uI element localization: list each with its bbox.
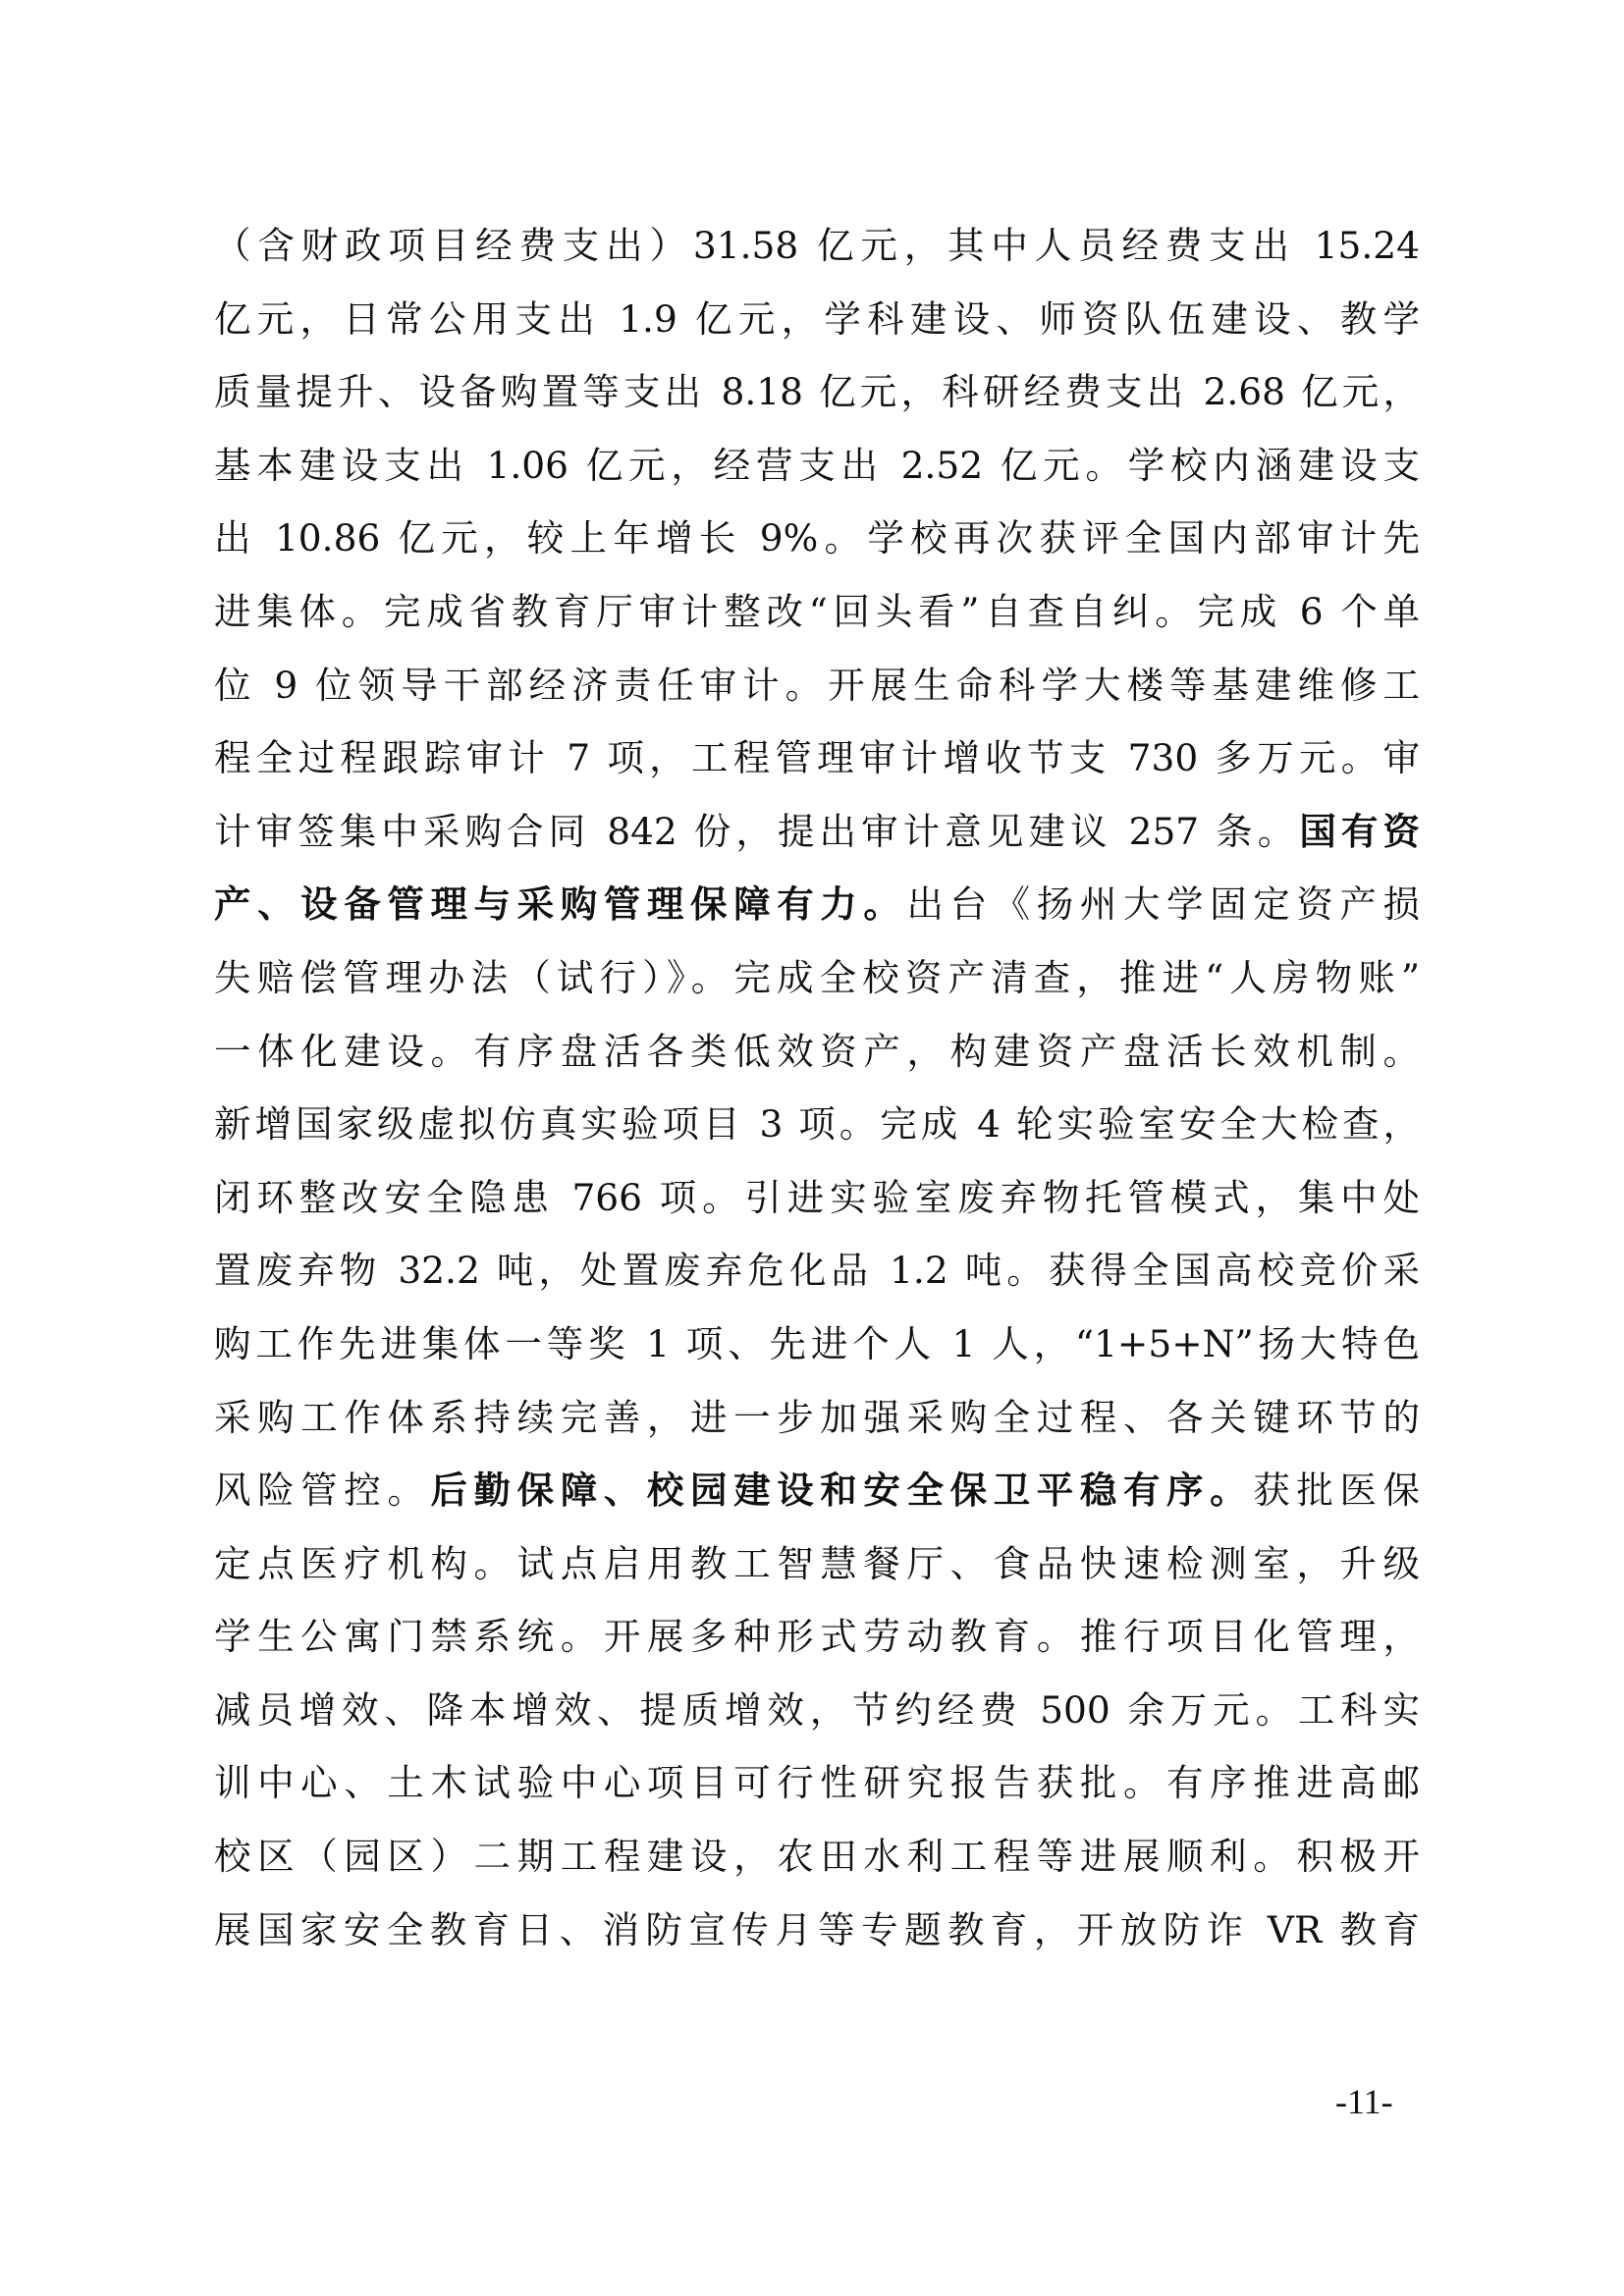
paragraph-text: 获批医保 [1253,1468,1420,1512]
text-line: 减员增效、降本增效、提质增效，节约经费 500 余万元。工科实 [214,1674,1420,1747]
paragraph-text: （含财政项目经费支出）31.58 亿元，其中人员经费支出 15.24 [214,224,1420,267]
paragraph-text: 风险管控。 [214,1468,430,1512]
document-page: （含财政项目经费支出）31.58 亿元，其中人员经费支出 15.24亿元，日常公… [0,0,1624,2296]
paragraph-text: 亿元，日常公用支出 1.9 亿元，学科建设、师资队伍建设、教学 [214,297,1420,341]
text-line: 失赔偿管理办法（试行）》。完成全校资产清查，推进“人房物账” [214,941,1420,1015]
text-line: 学生公寓门禁系统。开展多种形式劳动教育。推行项目化管理， [214,1600,1420,1674]
paragraph-text: 基本建设支出 1.06 亿元，经营支出 2.52 亿元。学校内涵建设支 [214,444,1420,487]
paragraph-text: 采购工作体系持续完善，进一步加强采购全过程、各关键环节的 [214,1396,1420,1439]
text-line: 置废弃物 32.2 吨，处置废弃危化品 1.2 吨。获得全国高校竞价采 [214,1234,1420,1308]
paragraph-text: 校区（园区）二期工程建设，农田水利工程等进展顺利。积极开 [214,1835,1420,1878]
text-line: 定点医疗机构。试点启用教工智慧餐厅、食品快速检测室，升级 [214,1527,1420,1601]
paragraph-text: 计审签集中采购合同 842 份，提出审计意见建议 257 条。 [214,810,1299,853]
text-line: 产、设备管理与采购管理保障有力。出台《扬州大学固定资产损 [214,868,1420,941]
paragraph-text: 出 10.86 亿元，较上年增长 9%。学校再次获评全国内部审计先 [214,516,1420,560]
text-line: 位 9 位领导干部经济责任审计。开展生命科学大楼等基建维修工 [214,649,1420,722]
paragraph-text: 质量提升、设备购置等支出 8.18 亿元，科研经费支出 2.68 亿元， [214,370,1420,413]
paragraph-text: 购工作先进集体一等奖 1 项、先进个人 1 人，“1+5+N”扬大特色 [214,1322,1420,1365]
paragraph-text: 程全过程跟踪审计 7 项，工程管理审计增收节支 730 多万元。审 [214,736,1420,779]
paragraph-text: 置废弃物 32.2 吨，处置废弃危化品 1.2 吨。获得全国高校竞价采 [214,1249,1420,1292]
text-line: 闭环整改安全隐患 766 项。引进实验室废弃物托管模式，集中处 [214,1161,1420,1235]
paragraph-text: 减员增效、降本增效、提质增效，节约经费 500 余万元。工科实 [214,1688,1420,1732]
text-line: 基本建设支出 1.06 亿元，经营支出 2.52 亿元。学校内涵建设支 [214,429,1420,503]
paragraph-text: 展国家安全教育日、消防宣传月等专题教育，开放防诈 VR 教育 [214,1908,1420,1951]
text-line: （含财政项目经费支出）31.58 亿元，其中人员经费支出 15.24 [214,209,1420,283]
bold-heading-text: 产、设备管理与采购管理保障有力。 [214,882,906,926]
text-line: 出 10.86 亿元，较上年增长 9%。学校再次获评全国内部审计先 [214,502,1420,575]
paragraph-text: 一体化建设。有序盘活各类低效资产，构建资产盘活长效机制。 [214,1030,1420,1073]
paragraph-text: 定点医疗机构。试点启用教工智慧餐厅、食品快速检测室，升级 [214,1542,1420,1585]
text-line: 新增国家级虚拟仿真实验项目 3 项。完成 4 轮实验室安全大检查， [214,1088,1420,1161]
text-line: 程全过程跟踪审计 7 项，工程管理审计增收节支 730 多万元。审 [214,721,1420,795]
paragraph-text: 训中心、土木试验中心项目可行性研究报告获批。有序推进高邮 [214,1761,1420,1804]
text-line: 展国家安全教育日、消防宣传月等专题教育，开放防诈 VR 教育 [214,1894,1420,1967]
text-line: 质量提升、设备购置等支出 8.18 亿元，科研经费支出 2.68 亿元， [214,355,1420,429]
text-line: 训中心、土木试验中心项目可行性研究报告获批。有序推进高邮 [214,1746,1420,1820]
paragraph-text: 新增国家级虚拟仿真实验项目 3 项。完成 4 轮实验室安全大检查， [214,1102,1420,1146]
text-line: 一体化建设。有序盘活各类低效资产，构建资产盘活长效机制。 [214,1015,1420,1089]
text-line: 校区（园区）二期工程建设，农田水利工程等进展顺利。积极开 [214,1820,1420,1894]
text-line: 采购工作体系持续完善，进一步加强采购全过程、各关键环节的 [214,1381,1420,1455]
text-line: 计审签集中采购合同 842 份，提出审计意见建议 257 条。国有资 [214,795,1420,869]
text-line: 亿元，日常公用支出 1.9 亿元，学科建设、师资队伍建设、教学 [214,283,1420,356]
paragraph-text: 学生公寓门禁系统。开展多种形式劳动教育。推行项目化管理， [214,1615,1420,1658]
paragraph-text: 闭环整改安全隐患 766 项。引进实验室废弃物托管模式，集中处 [214,1176,1420,1219]
paragraph-text: 位 9 位领导干部经济责任审计。开展生命科学大楼等基建维修工 [214,664,1420,707]
body-text: （含财政项目经费支出）31.58 亿元，其中人员经费支出 15.24亿元，日常公… [214,209,1420,1966]
bold-heading-text: 后勤保障、校园建设和安全保卫平稳有序。 [430,1468,1253,1512]
text-line: 风险管控。后勤保障、校园建设和安全保卫平稳有序。获批医保 [214,1454,1420,1527]
text-line: 进集体。完成省教育厅审计整改“回头看”自查自纠。完成 6 个单 [214,575,1420,649]
paragraph-text: 进集体。完成省教育厅审计整改“回头看”自查自纠。完成 6 个单 [214,590,1420,633]
bold-heading-text: 国有资 [1299,810,1420,853]
text-line: 购工作先进集体一等奖 1 项、先进个人 1 人，“1+5+N”扬大特色 [214,1308,1420,1381]
paragraph-text: 出台《扬州大学固定资产损 [906,882,1420,926]
paragraph-text: 失赔偿管理办法（试行）》。完成全校资产清查，推进“人房物账” [214,956,1420,999]
page-number: -11- [1335,2081,1393,2122]
